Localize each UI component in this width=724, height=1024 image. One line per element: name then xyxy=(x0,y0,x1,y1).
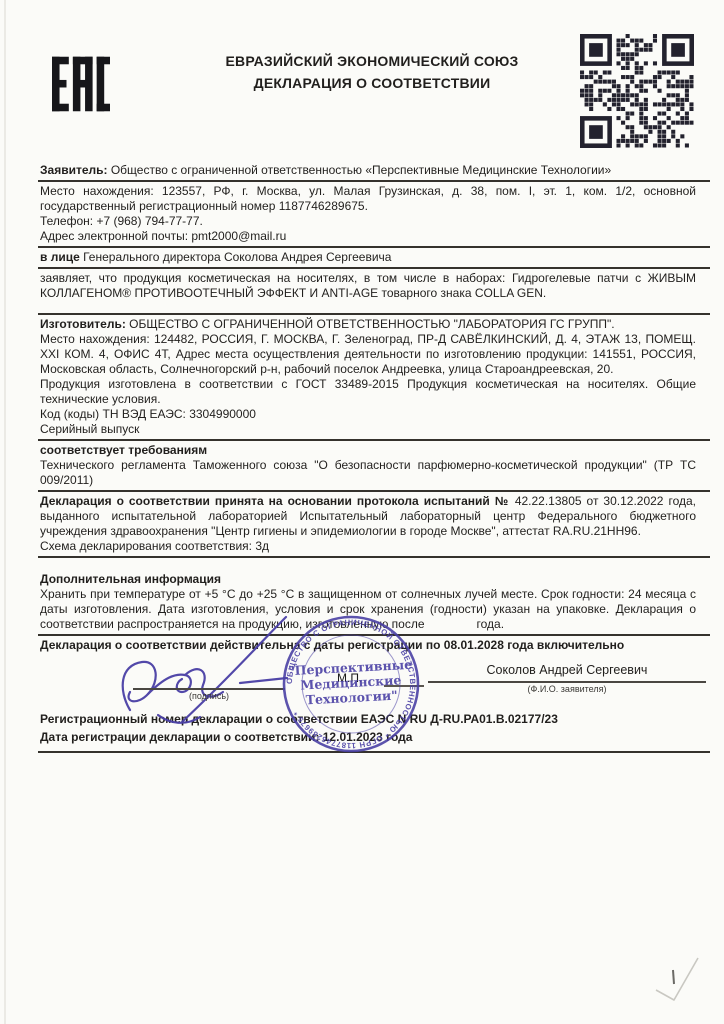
tn-ved-code: Код (коды) ТН ВЭД ЕАЭС: 3304990000 xyxy=(40,407,696,422)
applicant-address: Место нахождения: 123557, РФ, г. Москва,… xyxy=(40,184,696,214)
manufacturer-row: Изготовитель: ОБЩЕСТВО С ОГРАНИЧЕННОЙ ОТ… xyxy=(40,317,696,332)
divider xyxy=(38,180,710,182)
applicant-label: Заявитель: xyxy=(40,163,108,177)
scan-artifact-left-edge xyxy=(4,0,6,1024)
manufacturer-label: Изготовитель: xyxy=(40,317,126,331)
represented-by-name: Генерального директора Соколова Андрея С… xyxy=(83,250,391,264)
signature-caption: (подпись) xyxy=(189,691,229,701)
represented-by-label: в лице xyxy=(40,250,80,264)
additional-info-heading: Дополнительная информация xyxy=(40,572,696,587)
divider xyxy=(38,267,710,269)
company-round-stamp: ОБЩЕСТВО С ОГРАНИЧЕННОЙ ОТВЕТСТВЕННОСТЬЮ… xyxy=(281,614,421,754)
applicant-email: Адрес электронной почты: pmt2000@mail.ru xyxy=(40,229,696,244)
signature-zone: (подпись) М.П. Соколов Андрей Сергеевич … xyxy=(40,653,696,710)
release-type: Серийный выпуск xyxy=(40,422,696,437)
manufacturer-name: ОБЩЕСТВО С ОГРАНИЧЕННОЙ ОТВЕТСТВЕННОСТЬЮ… xyxy=(129,317,614,331)
basis-paragraph: Декларация о соответствии принята на осн… xyxy=(40,494,696,539)
declarant-name: Соколов Андрей Сергеевич xyxy=(428,663,706,683)
applicant-name: Общество с ограниченной ответственностью… xyxy=(111,163,611,177)
divider xyxy=(38,246,710,248)
title-declaration-line: ДЕКЛАРАЦИЯ О СООТВЕТСТВИИ xyxy=(142,72,602,94)
divider xyxy=(38,490,710,492)
qr-code xyxy=(578,34,696,148)
declarant-name-block: Соколов Андрей Сергеевич (Ф.И.О. заявите… xyxy=(428,663,706,695)
divider xyxy=(38,439,710,441)
signature-line: (подпись) xyxy=(133,688,285,702)
declaration-document: ЕВРАЗИЙСКИЙ ЭКОНОМИЧЕСКИЙ СОЮЗ ДЕКЛАРАЦИ… xyxy=(0,0,724,1024)
represented-by-row: в лице Генерального директора Соколова А… xyxy=(40,250,696,265)
manufacturer-address: Место нахождения: 124482, РОССИЯ, Г. МОС… xyxy=(40,332,696,377)
check-mark-annotation xyxy=(648,946,710,1008)
applicant-row: Заявитель: Общество с ограниченной ответ… xyxy=(40,163,696,178)
declares-paragraph: заявляет, что продукция косметическая на… xyxy=(40,271,696,301)
compliance-heading: соответствует требованиям xyxy=(40,443,696,458)
declaration-scheme: Схема декларирования соответствия: 3д xyxy=(40,539,696,554)
basis-label: Декларация о соответствии принята на осн… xyxy=(40,494,510,508)
divider xyxy=(38,556,710,558)
eac-mark-icon xyxy=(52,56,110,112)
declaration-body: Заявитель: Общество с ограниченной ответ… xyxy=(40,163,696,755)
title-union-line: ЕВРАЗИЙСКИЙ ЭКОНОМИЧЕСКИЙ СОЮЗ xyxy=(142,50,602,72)
gost-paragraph: Продукция изготовлена в соответствии с Г… xyxy=(40,377,696,407)
document-title: ЕВРАЗИЙСКИЙ ЭКОНОМИЧЕСКИЙ СОЮЗ ДЕКЛАРАЦИ… xyxy=(142,50,602,94)
applicant-phone: Телефон: +7 (968) 794-77-77. xyxy=(40,214,696,229)
compliance-body: Технического регламента Таможенного союз… xyxy=(40,458,696,488)
declarant-name-caption: (Ф.И.О. заявителя) xyxy=(428,683,706,695)
divider xyxy=(38,313,710,315)
